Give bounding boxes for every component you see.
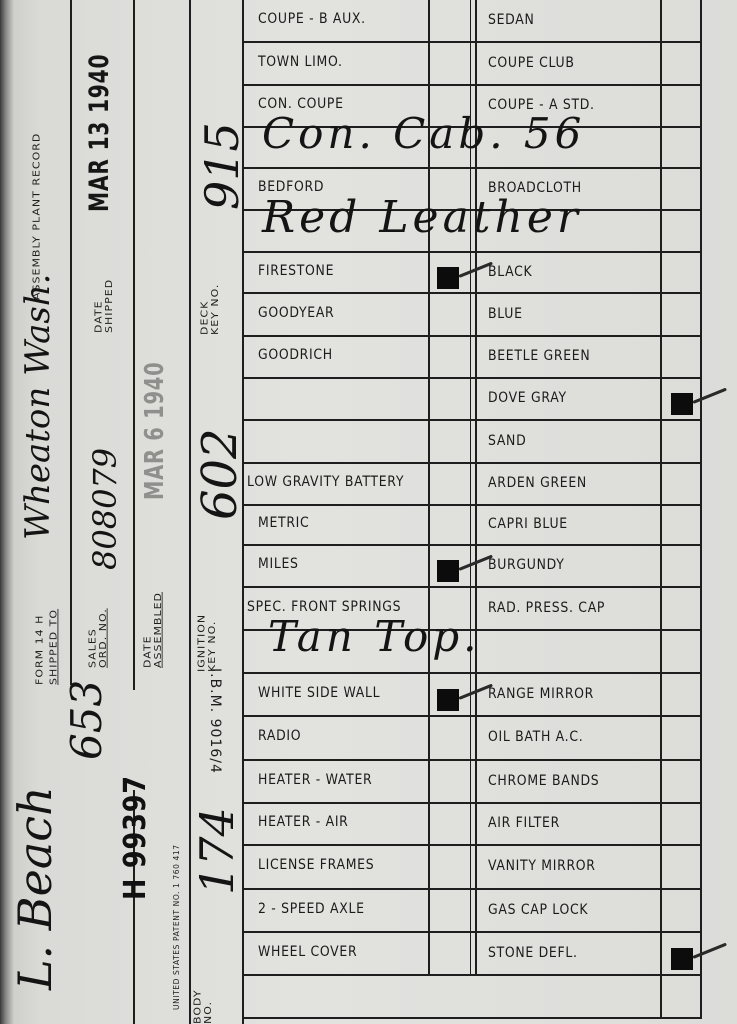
- option-checkbox-left[interactable]: [430, 976, 470, 1017]
- check-mark-icon: [437, 689, 459, 711]
- option-checkbox-left[interactable]: [430, 1, 470, 41]
- option-label-left: TOWN LIMO.: [258, 54, 343, 70]
- handwritten-note: Red Leather: [262, 192, 582, 243]
- sales-ord-no-value: 808079: [86, 448, 124, 570]
- body-no-label: BODY NO.: [193, 989, 213, 1024]
- option-label-left: GOODYEAR: [258, 305, 334, 321]
- body-no-handwritten: 653: [62, 680, 111, 760]
- option-checkbox-right[interactable]: [662, 846, 700, 888]
- option-label-right: VANITY MIRROR: [488, 858, 596, 874]
- table-row-rule: [242, 759, 702, 761]
- table-rule: [700, 0, 702, 1018]
- table-row-rule: [242, 1017, 702, 1019]
- form-number: FORM 14 H: [35, 615, 45, 685]
- label-line: ORD. NO.: [98, 608, 108, 668]
- option-label-left: GOODRICH: [258, 347, 333, 363]
- option-checkbox-left[interactable]: [430, 506, 470, 544]
- option-label-right: OIL BATH A.C.: [488, 729, 583, 745]
- option-checkbox-right[interactable]: [662, 337, 700, 377]
- option-checkbox-left[interactable]: [430, 464, 470, 504]
- table-row-rule: [242, 586, 702, 588]
- option-checkbox-left[interactable]: [430, 846, 470, 888]
- option-label-right: BURGUNDY: [488, 557, 565, 573]
- option-checkbox-right[interactable]: [662, 804, 700, 844]
- date-assembled-value: MAR 6 1940: [140, 362, 170, 500]
- option-label-right: ARDEN GREEN: [488, 475, 587, 491]
- ignition-key-no-value: 602: [192, 428, 248, 520]
- option-checkbox-left[interactable]: [430, 43, 470, 84]
- table-row-rule: [242, 672, 702, 674]
- option-checkbox-left[interactable]: [430, 337, 470, 377]
- option-label-right: DOVE GRAY: [488, 390, 567, 406]
- option-label-right: GAS CAP LOCK: [488, 902, 588, 918]
- option-label-right: BLUE: [488, 306, 523, 322]
- table-row-rule: [242, 419, 702, 421]
- option-checkbox-right[interactable]: [662, 506, 700, 544]
- label-line: ASSEMBLED: [153, 592, 163, 668]
- option-label-right: SEDAN: [488, 12, 534, 28]
- body-key-handwritten: 174: [190, 807, 244, 895]
- option-checkbox-right[interactable]: [662, 674, 700, 715]
- table-row-rule: [242, 504, 702, 506]
- option-label-right: RANGE MIRROR: [488, 686, 594, 702]
- table-row-rule: [242, 888, 702, 890]
- option-label-right: RAD. PRESS. CAP: [488, 600, 605, 616]
- option-label-right: BLACK: [488, 264, 532, 280]
- option-checkbox-right[interactable]: [662, 294, 700, 335]
- table-row-rule: [242, 462, 702, 464]
- option-label-left: LOW GRAVITY BATTERY: [247, 474, 404, 490]
- sales-ord-no-label: SALES ORD. NO.: [88, 608, 108, 668]
- shipped-to-value: Wheaton Wash.: [18, 274, 58, 541]
- option-label-left: FIRESTONE: [258, 263, 334, 279]
- option-checkbox-right[interactable]: [662, 421, 700, 462]
- option-label-right: CHROME BANDS: [488, 773, 599, 789]
- option-checkbox-right[interactable]: [662, 169, 700, 209]
- table-row-rule: [242, 251, 702, 253]
- table-row-rule: [242, 974, 702, 976]
- deck-key-no-value: 915: [195, 122, 249, 210]
- option-label-right: BEETLE GREEN: [488, 348, 590, 364]
- table-row-rule: [242, 715, 702, 717]
- option-checkbox-left[interactable]: [430, 421, 470, 462]
- handwritten-note: Con. Cab. 56: [262, 109, 585, 158]
- label-line: SHIPPED: [104, 279, 114, 333]
- table-row-rule: [242, 544, 702, 546]
- check-mark-icon: [437, 267, 459, 289]
- option-label-right: CAPRI BLUE: [488, 516, 568, 532]
- option-checkbox-right[interactable]: [662, 464, 700, 504]
- label-line: KEY NO.: [207, 614, 217, 672]
- option-label-left: LICENSE FRAMES: [258, 857, 374, 873]
- check-mark-icon: [671, 948, 693, 970]
- handwritten-note: Tan Top.: [268, 612, 480, 661]
- table-row-rule: [242, 377, 702, 379]
- option-label-left: HEATER - WATER: [258, 772, 372, 788]
- table-row-rule: [242, 84, 702, 86]
- label-line: KEY NO.: [210, 284, 220, 335]
- option-checkbox-left[interactable]: [430, 933, 470, 974]
- option-checkbox-right[interactable]: [662, 211, 700, 251]
- label-line: NO.: [203, 989, 213, 1024]
- option-checkbox-left[interactable]: [430, 804, 470, 844]
- date-shipped-label: DATE SHIPPED: [94, 279, 114, 333]
- table-row-rule: [242, 802, 702, 804]
- deck-key-no-label: DECK KEY NO.: [200, 284, 220, 335]
- option-label-right: SAND: [488, 433, 526, 449]
- divider: [70, 0, 72, 685]
- option-label-right: STONE DEFL.: [488, 945, 578, 961]
- shipped-to-label: SHIPPED TO: [49, 609, 59, 685]
- option-checkbox-left[interactable]: [430, 890, 470, 931]
- date-assembled-label: DATE ASSEMBLED: [143, 592, 163, 668]
- ibm-code: I.B.M. 9016/4: [207, 668, 223, 774]
- option-checkbox-right[interactable]: [662, 890, 700, 931]
- table-row-rule: [242, 167, 702, 169]
- body-no-stamp: H 99397: [118, 775, 153, 900]
- option-label-right: COUPE CLUB: [488, 55, 575, 71]
- dealer-note: L. Beach: [8, 786, 62, 990]
- option-label-left: WHEEL COVER: [258, 944, 357, 960]
- check-mark-icon: [437, 560, 459, 582]
- option-checkbox-left[interactable]: [430, 761, 470, 802]
- option-label-left: HEATER - AIR: [258, 814, 349, 830]
- option-label-left: WHITE SIDE WALL: [258, 685, 380, 701]
- option-checkbox-right[interactable]: [662, 546, 700, 586]
- option-checkbox-left[interactable]: [430, 379, 470, 419]
- option-checkbox-right[interactable]: [662, 588, 700, 629]
- table-row-rule: [242, 844, 702, 846]
- option-checkbox-left[interactable]: [430, 294, 470, 335]
- option-checkbox-right[interactable]: [662, 761, 700, 802]
- assembly-plant-record-card: ASSEMBLY PLANT RECORD FORM 14 H SHIPPED …: [0, 0, 737, 1024]
- option-label-left: COUPE - B AUX.: [258, 11, 366, 27]
- option-checkbox-left[interactable]: [430, 717, 470, 759]
- table-row-rule: [242, 931, 702, 933]
- option-label-left: METRIC: [258, 515, 309, 531]
- option-label-left: MILES: [258, 556, 299, 572]
- option-checkbox-right[interactable]: [662, 253, 700, 292]
- patent-text: UNITED STATES PATENT NO. 1 760 417: [172, 844, 181, 1010]
- option-checkbox-right[interactable]: [662, 128, 700, 167]
- check-mark-icon: [671, 393, 693, 415]
- option-label-left: 2 - SPEED AXLE: [258, 901, 365, 917]
- table-row-rule: [242, 41, 702, 43]
- table-row-rule: [242, 292, 702, 294]
- option-label-right: AIR FILTER: [488, 815, 560, 831]
- option-checkbox-right[interactable]: [662, 976, 700, 1017]
- table-row-rule: [242, 335, 702, 337]
- divider: [133, 0, 135, 690]
- ignition-key-no-label: IGNITION KEY NO.: [197, 614, 217, 672]
- option-checkbox-right[interactable]: [662, 86, 700, 126]
- option-checkbox-right[interactable]: [662, 1, 700, 41]
- date-shipped-value: MAR 13 1940: [84, 54, 115, 212]
- option-label-left: RADIO: [258, 728, 301, 744]
- option-checkbox-right[interactable]: [662, 717, 700, 759]
- option-checkbox-right[interactable]: [662, 43, 700, 84]
- option-checkbox-right[interactable]: [662, 631, 700, 672]
